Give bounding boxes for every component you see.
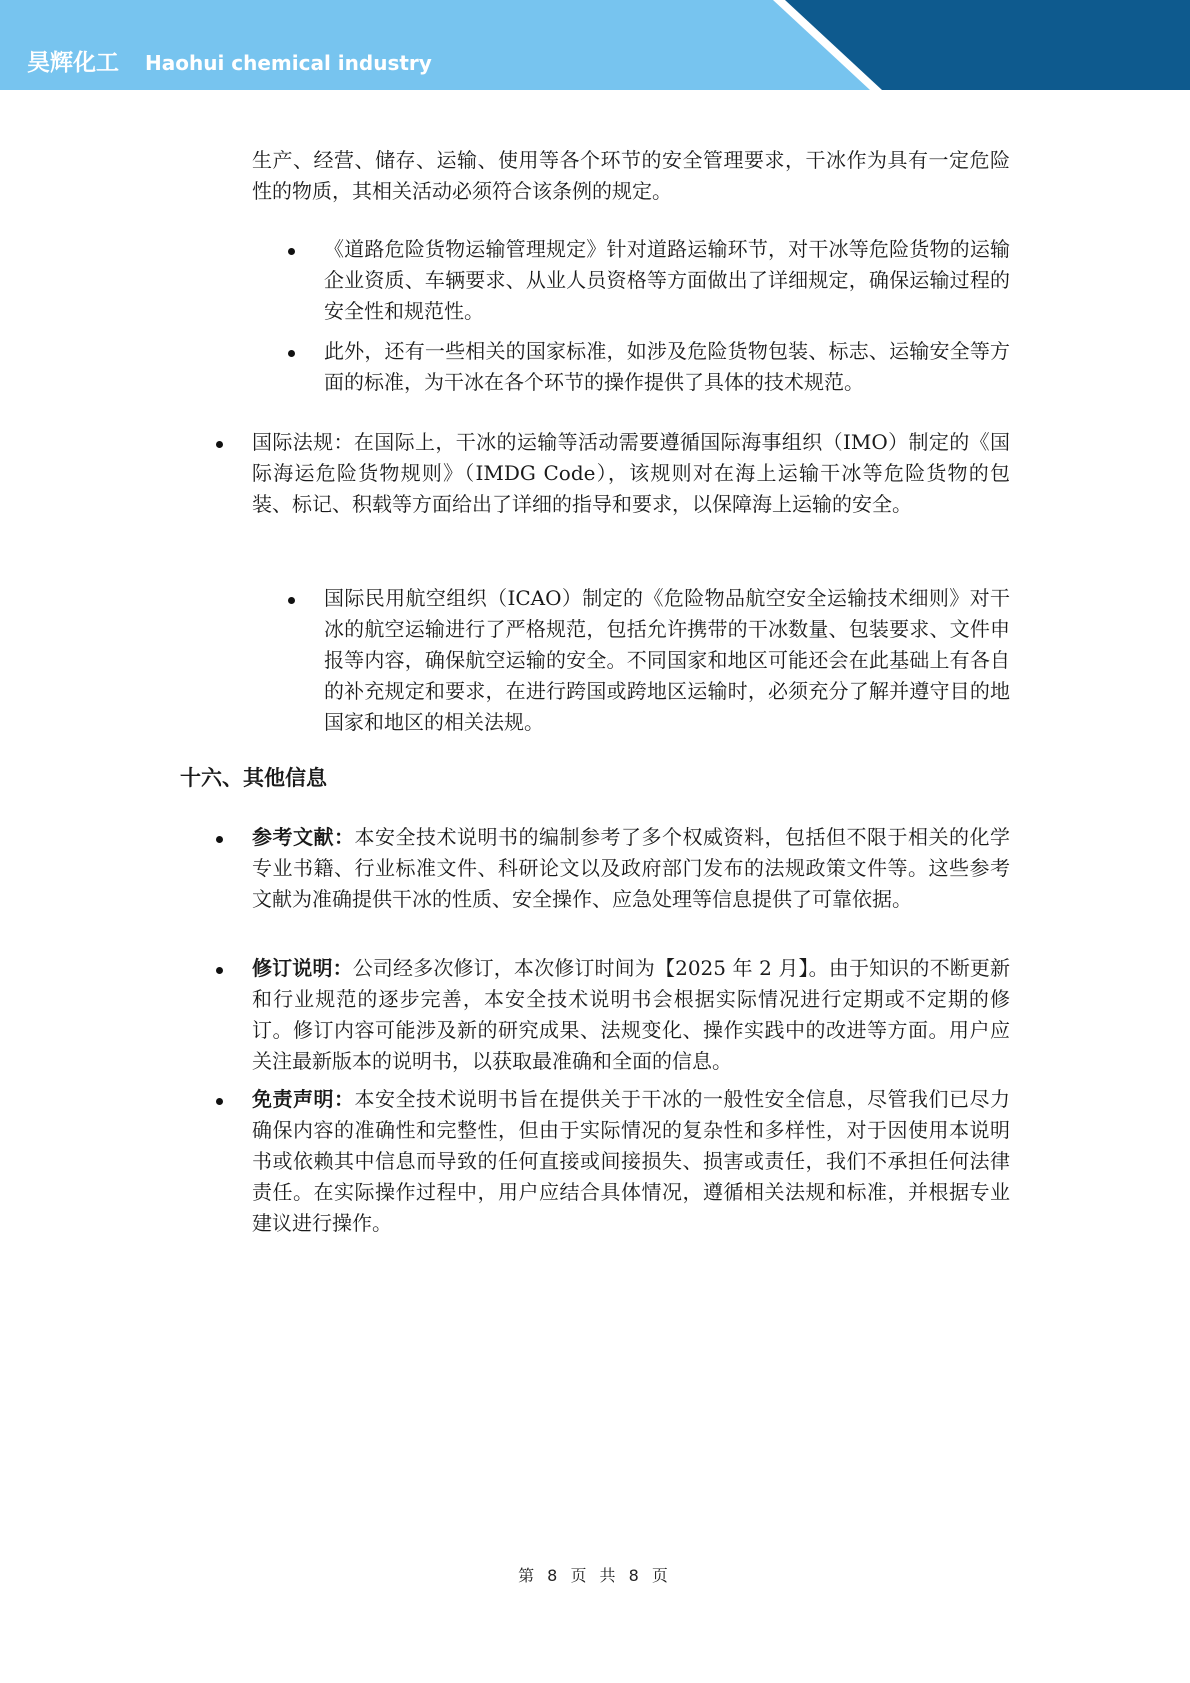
bullet-icon bbox=[288, 597, 295, 604]
bullet-icon bbox=[216, 836, 223, 843]
bullet-icon bbox=[216, 1098, 223, 1105]
page-suffix: 页 bbox=[652, 1566, 672, 1585]
bullet-icon bbox=[216, 441, 223, 448]
current-page-number: 8 bbox=[547, 1566, 561, 1585]
total-pages-number: 8 bbox=[629, 1566, 643, 1585]
item-text: 公司经多次修订，本次修订时间为【2025 年 2 月】。由于知识的不断更新和行业… bbox=[252, 956, 1010, 1073]
page-prefix: 第 bbox=[518, 1566, 538, 1585]
page-mid: 页 共 bbox=[570, 1566, 619, 1585]
brand: 昊辉化工 Haohui chemical industry bbox=[27, 44, 432, 80]
page-header: 昊辉化工 Haohui chemical industry bbox=[0, 0, 1190, 90]
page-footer: 第 8 页 共 8 页 bbox=[0, 1563, 1190, 1586]
brand-name-en: Haohui chemical industry bbox=[145, 51, 432, 75]
bullet-icon bbox=[288, 350, 295, 357]
item-text: 本安全技术说明书的编制参考了多个权威资料，包括但不限于相关的化学专业书籍、行业标… bbox=[252, 825, 1010, 911]
intro-paragraph: 生产、经营、储存、运输、使用等各个环节的安全管理要求，干冰作为具有一定危险性的物… bbox=[252, 145, 1010, 207]
list-item: 国际民用航空组织（ICAO）制定的《危险物品航空安全运输技术细则》对干冰的航空运… bbox=[324, 583, 1010, 738]
list-item-references: 参考文献：本安全技术说明书的编制参考了多个权威资料，包括但不限于相关的化学专业书… bbox=[252, 822, 1010, 915]
list-item-disclaimer: 免责声明：本安全技术说明书旨在提供关于干冰的一般性安全信息，尽管我们已尽力确保内… bbox=[252, 1084, 1010, 1239]
item-text: 本安全技术说明书旨在提供关于干冰的一般性安全信息，尽管我们已尽力确保内容的准确性… bbox=[252, 1087, 1010, 1235]
item-label: 修订说明： bbox=[252, 956, 353, 980]
bullet-icon bbox=[216, 967, 223, 974]
item-label: 参考文献： bbox=[252, 825, 355, 849]
list-item: 国际法规：在国际上，干冰的运输等活动需要遵循国际海事组织（IMO）制定的《国际海… bbox=[252, 427, 1010, 520]
item-label: 免责声明： bbox=[252, 1087, 355, 1111]
list-item: 《道路危险货物运输管理规定》针对道路运输环节，对干冰等危险货物的运输企业资质、车… bbox=[324, 234, 1010, 327]
section-title: 十六、其他信息 bbox=[180, 762, 327, 792]
brand-name-cn: 昊辉化工 bbox=[27, 44, 119, 77]
bullet-icon bbox=[288, 248, 295, 255]
list-item-revision: 修订说明：公司经多次修订，本次修订时间为【2025 年 2 月】。由于知识的不断… bbox=[252, 953, 1010, 1077]
list-item: 此外，还有一些相关的国家标准，如涉及危险货物包装、标志、运输安全等方面的标准，为… bbox=[324, 336, 1010, 398]
